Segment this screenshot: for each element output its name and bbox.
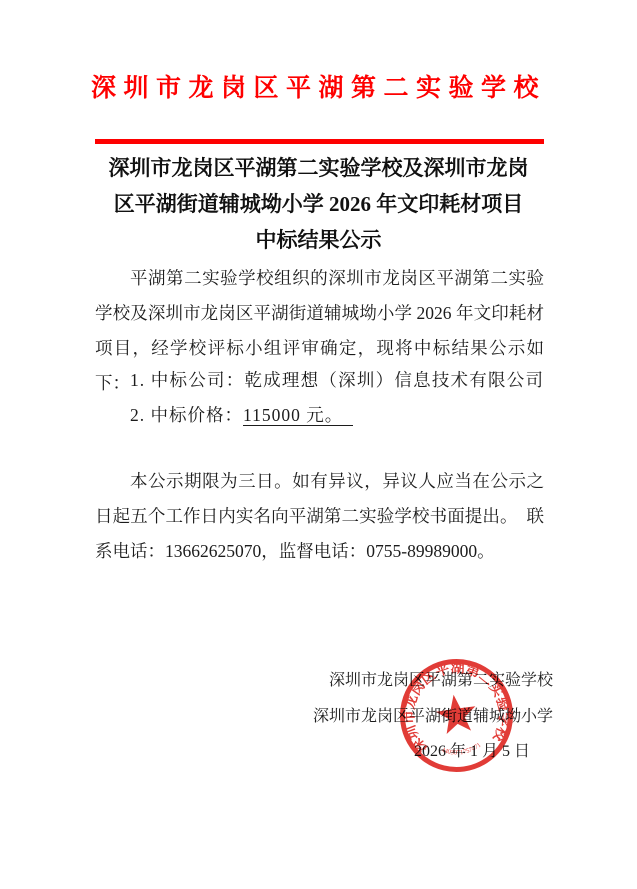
- letterhead-title: 深圳市龙岗区平湖第二实验学校: [0, 68, 637, 104]
- signature-block: 深圳市龙岗区平湖第二实验学校 深圳市龙岗区平湖街道辅城坳小学 2026 年 1 …: [313, 663, 553, 770]
- winning-company-line: 1. 中标公司：乾成理想（深圳）信息技术有限公司: [130, 363, 544, 398]
- signature-school-1: 深圳市龙岗区平湖第二实验学校: [313, 663, 553, 699]
- winning-price-line: 2. 中标价格：115000 元。: [130, 398, 544, 433]
- winning-company-value: 乾成理想（深圳）信息技术有限公司: [244, 370, 544, 390]
- letterhead-divider: [95, 139, 544, 144]
- document-title-line-2: 区平湖街道辅城坳小学 2026 年文印耗材项目: [60, 186, 577, 222]
- document-title-line-1: 深圳市龙岗区平湖第二实验学校及深圳市龙岗: [60, 150, 577, 186]
- award-result-list: 1. 中标公司：乾成理想（深圳）信息技术有限公司 2. 中标价格：115000 …: [95, 363, 544, 433]
- winning-price-label: 2. 中标价格：: [130, 405, 243, 425]
- signature-date: 2026 年 1 月 5 日: [313, 734, 530, 770]
- winning-price-value: 115000 元。: [243, 405, 353, 426]
- document-page: 深圳市龙岗区平湖第二实验学校 深圳市龙岗区平湖第二实验学校及深圳市龙岗 区平湖街…: [0, 0, 637, 889]
- signature-school-2: 深圳市龙岗区平湖街道辅城坳小学: [313, 699, 553, 735]
- notice-paragraph: 本公示期限为三日。如有异议，异议人应当在公示之日起五个工作日内实名向平湖第二实验…: [95, 464, 544, 569]
- document-title: 深圳市龙岗区平湖第二实验学校及深圳市龙岗 区平湖街道辅城坳小学 2026 年文印…: [60, 150, 577, 258]
- winning-company-label: 1. 中标公司：: [130, 370, 244, 390]
- document-title-line-3: 中标结果公示: [60, 222, 577, 258]
